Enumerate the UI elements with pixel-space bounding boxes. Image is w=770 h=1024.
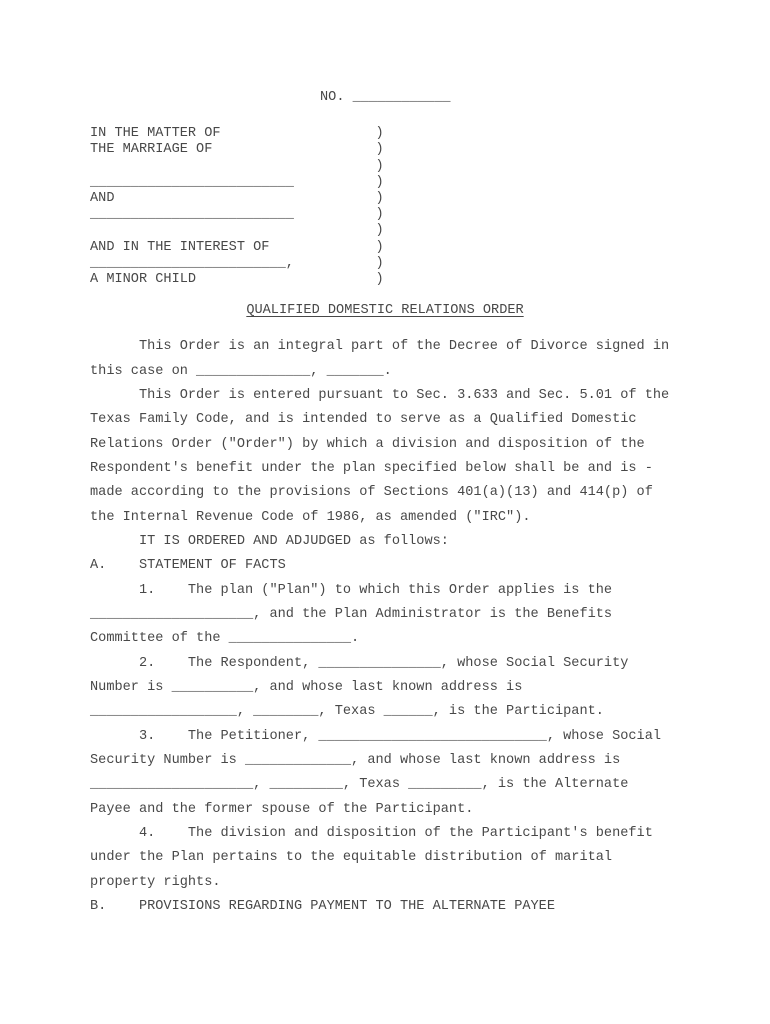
caption-row-blank-line: ________________________, ) bbox=[90, 256, 680, 272]
caption-row: ) bbox=[90, 223, 680, 239]
body-line-blank-field: ____________________, _________, Texas _… bbox=[90, 773, 680, 797]
body-line: Respondent's benefit under the plan spec… bbox=[90, 457, 680, 481]
caption-row: IN THE MATTER OF ) bbox=[90, 126, 680, 142]
body-line-blank-field: Number is __________, and whose last kno… bbox=[90, 676, 680, 700]
case-caption: IN THE MATTER OF ) THE MARRIAGE OF ) ) _… bbox=[90, 126, 680, 288]
body-line-blank-field: ____________________, and the Plan Admin… bbox=[90, 603, 680, 627]
body-line-blank-field: Security Number is _____________, and wh… bbox=[90, 749, 680, 773]
body-line: under the Plan pertains to the equitable… bbox=[90, 846, 680, 870]
case-number-line: NO. ____________ bbox=[90, 90, 680, 106]
document-body: This Order is an integral part of the De… bbox=[90, 335, 680, 919]
caption-row-blank-line: _________________________ ) bbox=[90, 175, 680, 191]
body-line: property rights. bbox=[90, 871, 680, 895]
section-heading-b: B. PROVISIONS REGARDING PAYMENT TO THE A… bbox=[90, 895, 680, 919]
caption-row: ) bbox=[90, 159, 680, 175]
body-line: made according to the provisions of Sect… bbox=[90, 481, 680, 505]
body-line: Texas Family Code, and is intended to se… bbox=[90, 408, 680, 432]
body-line: 4. The division and disposition of the P… bbox=[90, 822, 680, 846]
caption-row: A MINOR CHILD ) bbox=[90, 272, 680, 288]
body-line: Relations Order ("Order") by which a div… bbox=[90, 433, 680, 457]
caption-row: AND IN THE INTEREST OF ) bbox=[90, 240, 680, 256]
document-page: NO. ____________ IN THE MATTER OF ) THE … bbox=[0, 0, 770, 1024]
body-line-blank-field: Committee of the _______________. bbox=[90, 627, 680, 651]
body-line: 1. The plan ("Plan") to which this Order… bbox=[90, 579, 680, 603]
caption-row: THE MARRIAGE OF ) bbox=[90, 142, 680, 158]
body-line: the Internal Revenue Code of 1986, as am… bbox=[90, 506, 680, 530]
caption-row: AND ) bbox=[90, 191, 680, 207]
body-line-blank-field: 2. The Respondent, _______________, whos… bbox=[90, 652, 680, 676]
body-line: This Order is entered pursuant to Sec. 3… bbox=[90, 384, 680, 408]
body-line: Payee and the former spouse of the Parti… bbox=[90, 798, 680, 822]
section-heading-a: A. STATEMENT OF FACTS bbox=[90, 554, 680, 578]
body-line: IT IS ORDERED AND ADJUDGED as follows: bbox=[90, 530, 680, 554]
body-line: this case on ______________, _______. bbox=[90, 360, 680, 384]
caption-row-blank-line: _________________________ ) bbox=[90, 207, 680, 223]
document-title: QUALIFIED DOMESTIC RELATIONS ORDER bbox=[90, 302, 680, 319]
body-line: This Order is an integral part of the De… bbox=[90, 335, 680, 359]
body-line-blank-field: 3. The Petitioner, _____________________… bbox=[90, 725, 680, 749]
body-line-blank-field: __________________, ________, Texas ____… bbox=[90, 700, 680, 724]
